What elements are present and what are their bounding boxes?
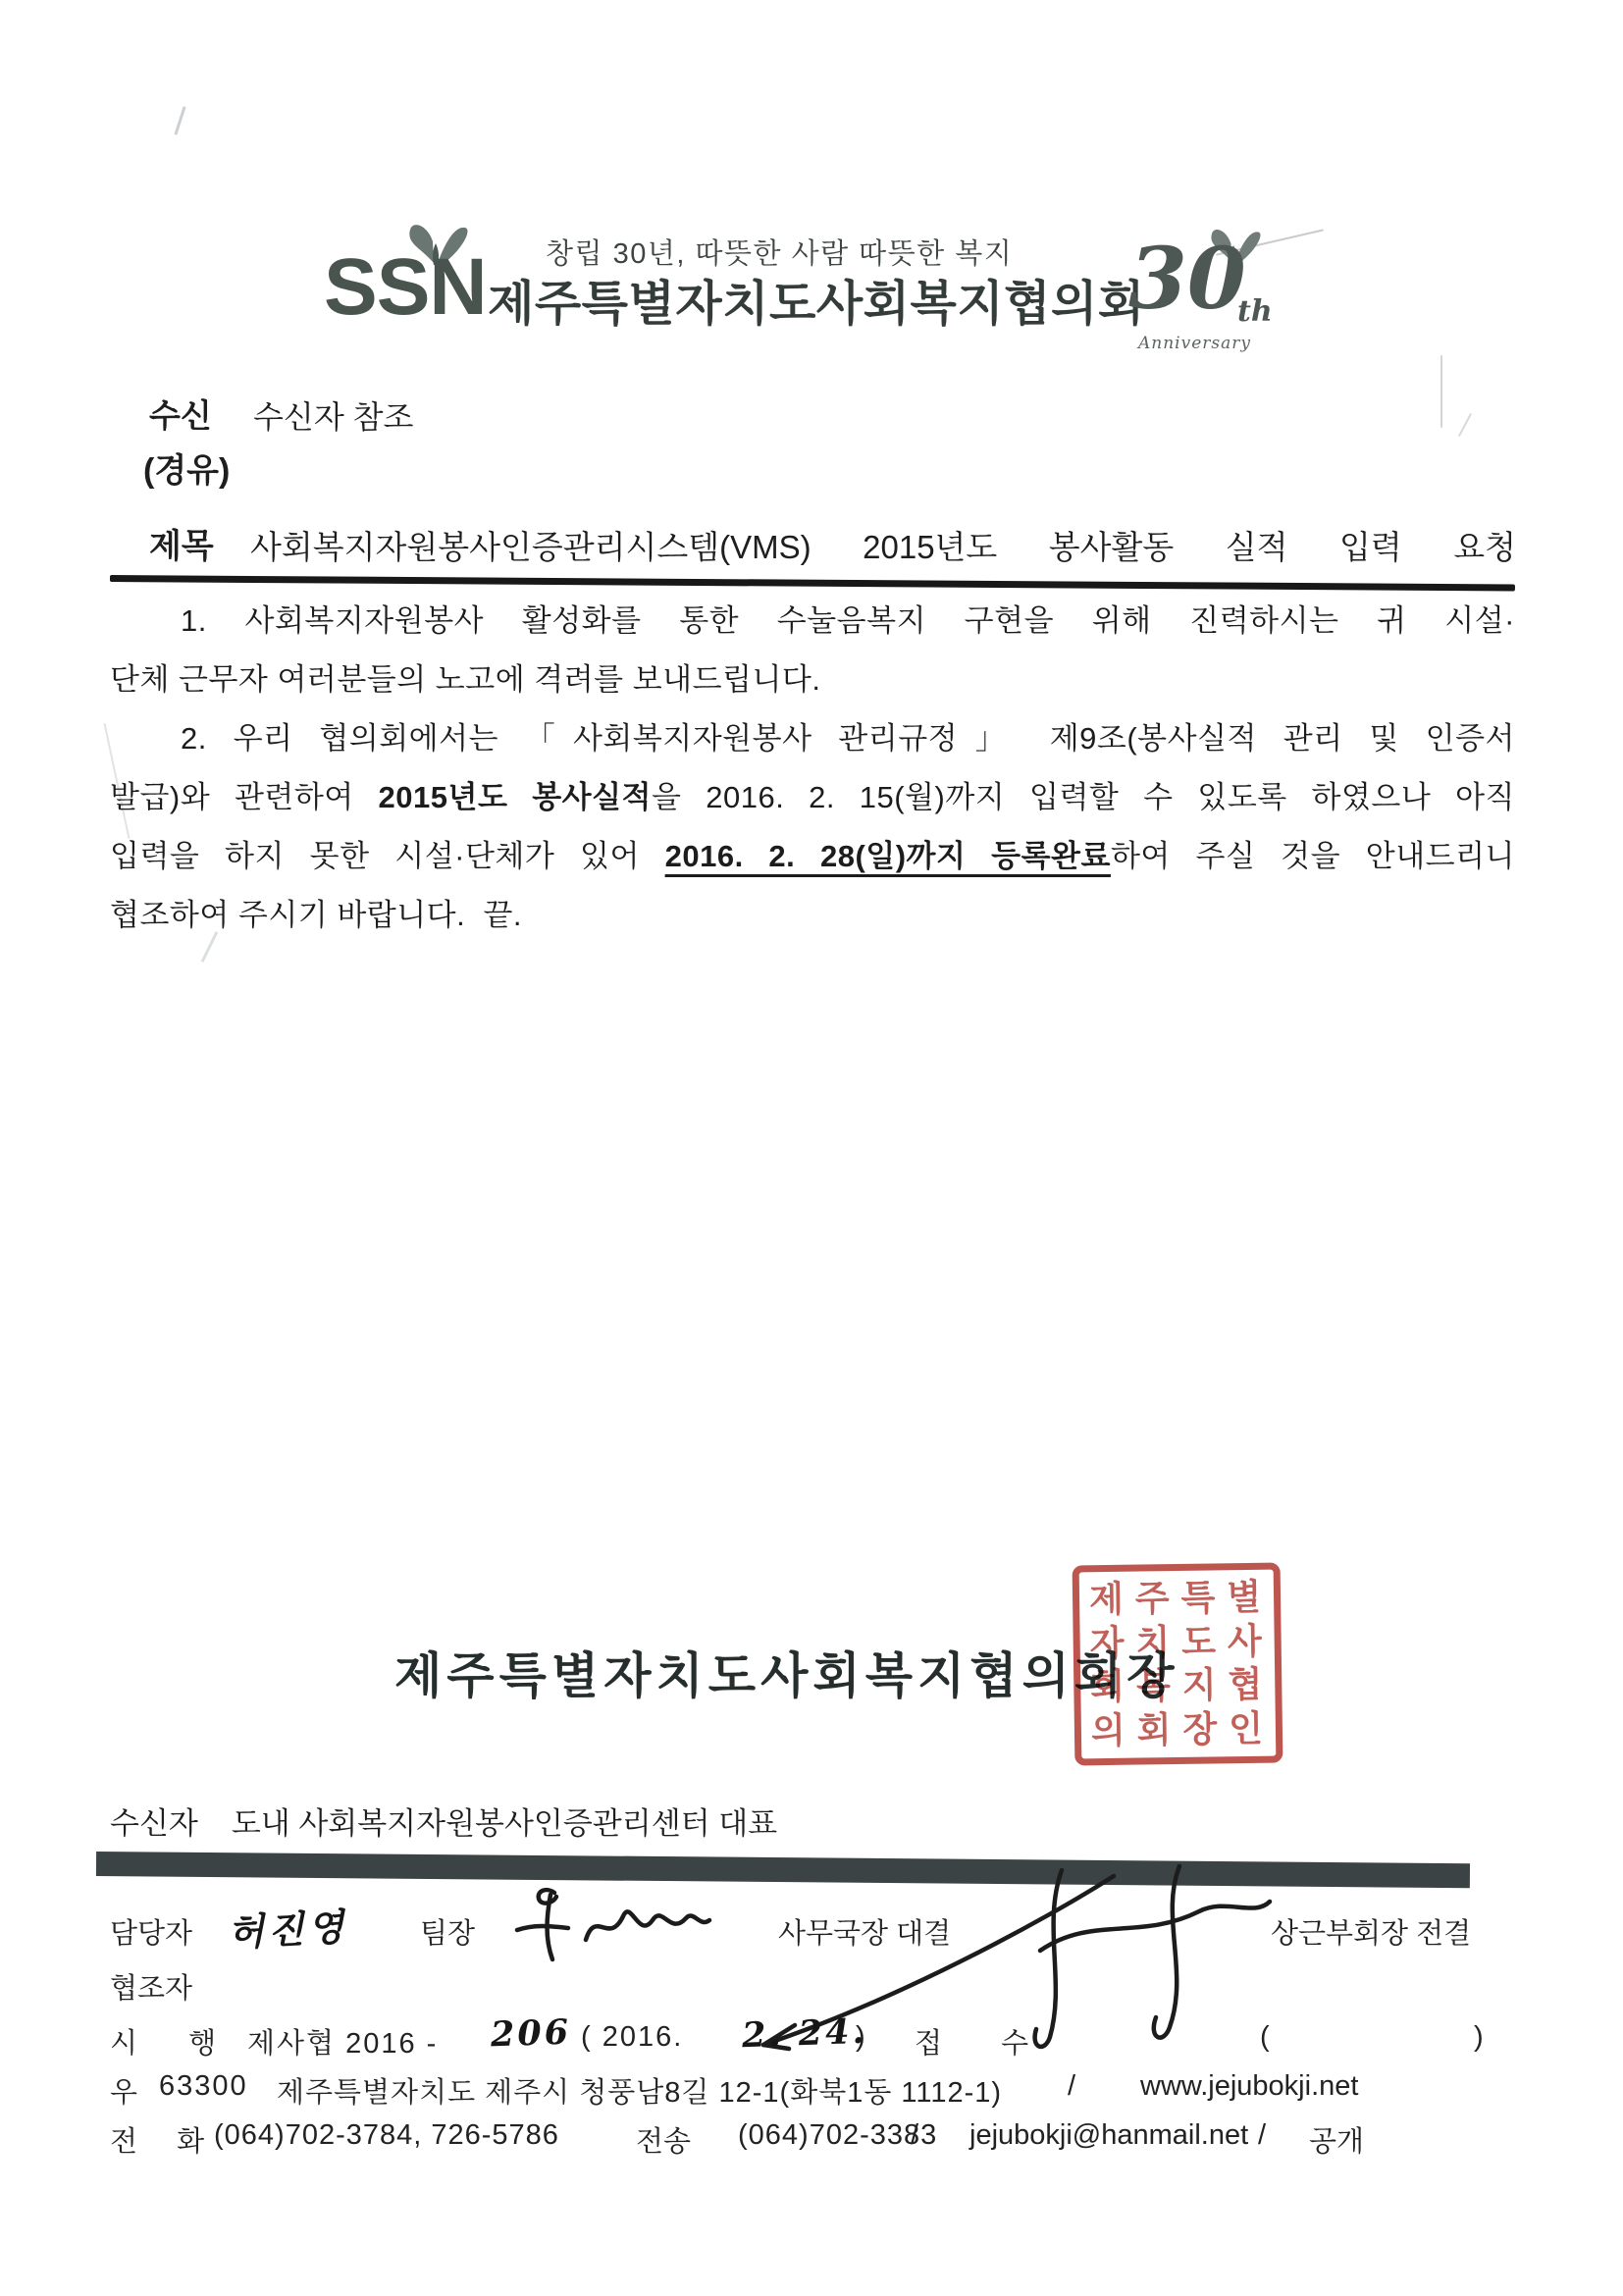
subject-value: 사회복지자원봉사인증관리시스템(VMS) 2015년도 봉사활동 실적 입력 요…: [250, 522, 1516, 568]
secretary-general-label: 사무국장 대결: [778, 1911, 951, 1952]
subject-underline: [110, 575, 1515, 591]
seal-row: 제주특별: [1089, 1575, 1265, 1621]
scanned-official-letter: SSN 창립 30년, 따뜻한 사람 따뜻한 복지 제주특별자치도사회복지협의회…: [0, 0, 1623, 2296]
body-paragraph2-line2: 발급)와 관련하여 2015년도 봉사실적을 2016. 2. 15(월)까지 …: [110, 777, 1515, 818]
manager-label: 담당자: [110, 1911, 192, 1952]
seal-row: 회복지협: [1090, 1663, 1266, 1709]
recipients-line: 수신자도내 사회복지자원봉사인증관리센터 대표: [110, 1799, 777, 1843]
recipient-value: 수신자 참조: [253, 392, 413, 438]
scan-artifact: [201, 931, 219, 963]
team-leader-signature: [496, 1879, 726, 1975]
address-separator: /: [1068, 2070, 1075, 2103]
receipt-label: 접 수: [915, 2021, 1054, 2061]
contact-separator: /: [1258, 2119, 1266, 2152]
logo-acronym: SSN: [324, 247, 487, 328]
issue-doc-number: 제사협 2016 -: [247, 2021, 438, 2061]
signer-title: 제주특별자치도사회복지협의회장: [394, 1637, 1179, 1707]
organization-name: 제주특별자치도사회복지협의회: [488, 266, 1145, 335]
seal-row: 의회장인: [1091, 1706, 1267, 1752]
fax-value: (064)702-3383: [738, 2119, 937, 2152]
body-paragraph1-line2: 단체 근무자 여러분들의 노고에 격려를 보내드립니다.: [110, 659, 1515, 701]
manager-name-handwritten: 허진영: [227, 1897, 349, 1957]
email-address: jejubokji@hanmail.net: [969, 2119, 1248, 2152]
recipients-label: 수신자: [110, 1806, 198, 1841]
body-paragraph2-line1: 2. 우리 협의회에서는 「사회복지자원봉사 관리규정」 제9조(봉사실적 관리…: [110, 718, 1515, 759]
issue-date-handwritten: 2. 24.: [741, 2011, 867, 2056]
body-paragraph1-line1: 1. 사회복지자원봉사 활성화를 통한 수눌음복지 구현을 위해 진력하시는 귀…: [110, 600, 1515, 642]
team-leader-label: 팀장: [420, 1911, 475, 1952]
scan-artifact: [1458, 413, 1472, 437]
postal-code: 63300: [159, 2070, 248, 2103]
seal-row: 자치도사: [1089, 1619, 1265, 1665]
issue-doc-number-handwritten: 206: [490, 2012, 571, 2056]
official-seal-stamp: 제주특별 자치도사 회복지협 의회장인: [1073, 1563, 1283, 1766]
anniversary-emblem: 30 th Anniversary: [1117, 224, 1303, 361]
via-label: (경유): [143, 444, 230, 492]
receipt-paren-close: ): [1474, 2021, 1484, 2054]
issue-date-open: ( 2016.: [581, 2021, 683, 2054]
recipients-value: 도내 사회복지자원봉사인증관리센터 대표: [232, 1806, 777, 1841]
subject-label: 제목: [149, 519, 214, 567]
body-paragraph2-line4: 협조하여 주시기 바랍니다. 끝.: [110, 895, 1515, 936]
tel-value: (064)702-3784, 726-5786: [214, 2119, 559, 2152]
anniversary-label: Anniversary: [1138, 334, 1251, 353]
anniversary-suffix: th: [1237, 294, 1273, 329]
vice-chair-label: 상근부회장 전결: [1271, 1911, 1471, 1952]
website-url: www.jejubokji.net: [1140, 2070, 1358, 2103]
body-paragraph2-line3: 입력을 하지 못한 시설·단체가 있어 2016. 2. 28(일)까지 등록완…: [110, 836, 1515, 877]
receipt-paren-open: (: [1260, 2021, 1270, 2054]
recipient-label: 수신: [149, 391, 212, 437]
contact-separator: /: [911, 2119, 918, 2152]
separator-bar: [96, 1852, 1470, 1888]
tel-label: 전 화: [110, 2119, 220, 2160]
scan-artifact: [1440, 355, 1442, 428]
fax-label: 전송: [636, 2119, 691, 2160]
cooperator-label: 협조자: [110, 1966, 192, 2007]
disclosure-label: 공개: [1309, 2119, 1364, 2160]
issue-date-close: ): [856, 2021, 865, 2054]
issue-label: 시 행: [110, 2021, 237, 2061]
postal-label: 우: [110, 2070, 137, 2111]
scan-artifact: [174, 106, 185, 134]
address-value: 제주특별자치도 제주시 청풍남8길 12-1(화북1동 1112-1): [277, 2070, 1002, 2111]
anniversary-number: 30: [1128, 237, 1246, 322]
